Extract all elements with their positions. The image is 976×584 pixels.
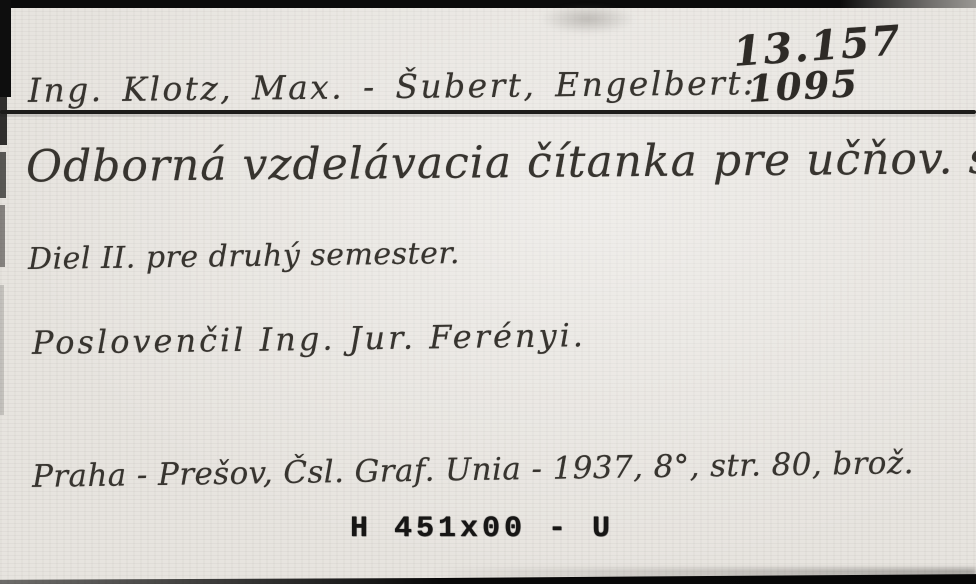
scan-edge-left-segment xyxy=(0,97,7,145)
translator-line: Poslovenčil Ing. Jur. Ferényi. xyxy=(32,316,586,362)
accession-number: 1095 xyxy=(747,61,860,111)
part-statement-line: Diel II. pre druhý semester. xyxy=(28,236,460,277)
title-line: Odborná vzdelávacia čítanka pre učňov. š… xyxy=(26,133,976,193)
catalog-card-scan: Ing. Klotz, Max. - Šubert, Engelbert: 13… xyxy=(0,0,976,584)
scan-edge-left-segment xyxy=(0,152,6,198)
imprint-line: Praha - Prešov, Čsl. Graf. Unia - 1937, … xyxy=(32,445,914,495)
scan-edge-left-segment xyxy=(0,0,11,97)
scan-edge-top xyxy=(0,0,976,8)
typed-call-code: H 451x00 - U xyxy=(350,512,614,546)
faint-stamp-smudge xyxy=(540,4,635,34)
author-heading: Ing. Klotz, Max. - Šubert, Engelbert: xyxy=(28,63,757,110)
scan-edge-left-segment xyxy=(0,205,5,267)
scan-edge-left-segment xyxy=(0,285,4,415)
header-rule-line xyxy=(0,110,976,114)
